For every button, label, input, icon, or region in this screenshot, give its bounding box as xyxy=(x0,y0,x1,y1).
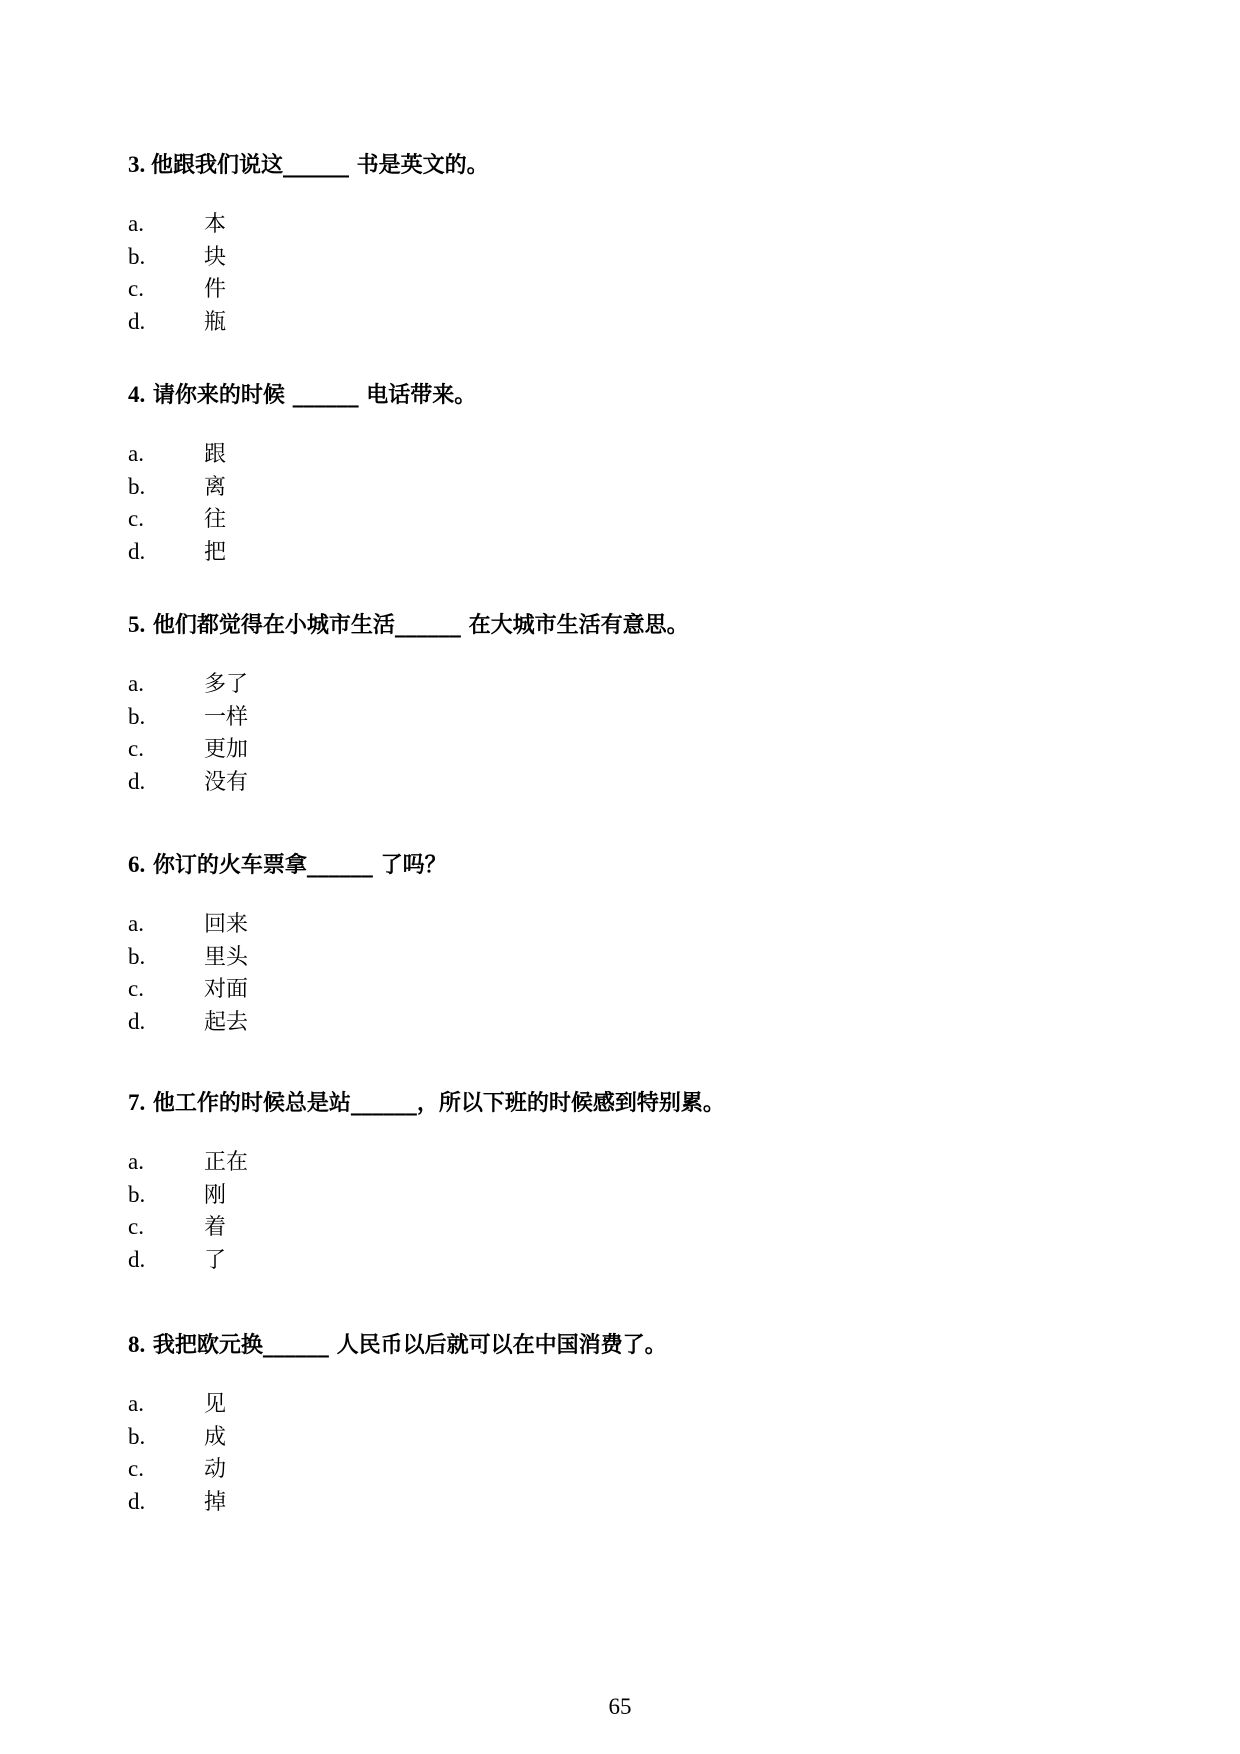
option-label: c. xyxy=(128,733,204,765)
option-label: b. xyxy=(128,701,204,733)
option-b: b.成 xyxy=(128,1421,667,1454)
option-list: a.见 b.成 c.动 d.掉 xyxy=(128,1388,667,1518)
option-d: d.瓶 xyxy=(128,306,489,339)
option-c: c.件 xyxy=(128,273,489,306)
option-label: b. xyxy=(128,471,204,503)
option-b: b.块 xyxy=(128,241,489,274)
option-text: 离 xyxy=(204,472,226,504)
question-text: 你订的火车票拿______ 了吗？ xyxy=(145,853,446,878)
question-text: 他工作的时候总是站______，所以下班的时候感到特别累。 xyxy=(145,1091,725,1116)
option-label: a. xyxy=(128,1146,204,1178)
option-a: a.见 xyxy=(128,1388,667,1421)
option-d: d.了 xyxy=(128,1244,725,1277)
option-list: a.多了 b.一样 c.更加 d.没有 xyxy=(128,668,689,798)
option-label: b. xyxy=(128,1179,204,1211)
question-4: 4. 请你来的时候 ______ 电话带来。 a. 跟 b.离 c.往 d.把 xyxy=(128,381,476,584)
question-prompt: 7. 他工作的时候总是站______，所以下班的时候感到特别累。 xyxy=(128,1089,725,1118)
option-label: d. xyxy=(128,1006,204,1038)
option-label: c. xyxy=(128,1211,204,1243)
question-prompt: 3. 他跟我们说这______ 书是英文的。 xyxy=(128,151,489,180)
option-label: c. xyxy=(128,1453,204,1485)
option-c: c.动 xyxy=(128,1453,667,1486)
option-text: 起去 xyxy=(204,1007,248,1039)
option-list: a. 跟 b.离 c.往 d.把 xyxy=(128,438,476,568)
option-text: 没有 xyxy=(204,767,248,799)
option-text: 对面 xyxy=(204,974,248,1006)
question-number: 4. xyxy=(128,382,145,407)
option-text: 刚 xyxy=(204,1180,226,1212)
option-label: d. xyxy=(128,766,204,798)
option-text: 着 xyxy=(204,1212,226,1244)
option-d: d.起去 xyxy=(128,1006,447,1039)
option-label: d. xyxy=(128,1244,204,1276)
option-label: c. xyxy=(128,273,204,305)
question-text: 请你来的时候 ______ 电话带来。 xyxy=(145,383,476,408)
option-label: a. xyxy=(128,908,204,940)
option-text: 了 xyxy=(204,1245,226,1277)
question-6: 6. 你订的火车票拿______ 了吗？ a.回来 b.里头 c.对面 d.起去 xyxy=(128,851,447,1054)
option-c: c.对面 xyxy=(128,973,447,1006)
option-b: b.离 xyxy=(128,471,476,504)
question-prompt: 4. 请你来的时候 ______ 电话带来。 xyxy=(128,381,476,410)
option-list: a.回来 b.里头 c.对面 d.起去 xyxy=(128,908,447,1038)
option-text: 往 xyxy=(204,504,226,536)
option-text: 成 xyxy=(204,1422,226,1454)
option-label: a. xyxy=(128,208,204,240)
option-b: b.里头 xyxy=(128,941,447,974)
option-b: b.刚 xyxy=(128,1179,725,1212)
option-a: a.本 xyxy=(128,208,489,241)
option-text: 掉 xyxy=(204,1487,226,1519)
document-page: 3. 他跟我们说这______ 书是英文的。 a.本 b.块 c.件 d.瓶 4… xyxy=(0,0,1240,1754)
option-c: c.更加 xyxy=(128,733,689,766)
option-b: b.一样 xyxy=(128,701,689,734)
option-a: a.正在 xyxy=(128,1146,725,1179)
option-text: 块 xyxy=(204,242,226,274)
question-7: 7. 他工作的时候总是站______，所以下班的时候感到特别累。 a.正在 b.… xyxy=(128,1089,725,1292)
question-prompt: 8. 我把欧元换______ 人民币以后就可以在中国消费了。 xyxy=(128,1331,667,1360)
option-label: b. xyxy=(128,1421,204,1453)
option-text: 把 xyxy=(204,537,226,569)
option-label: c. xyxy=(128,973,204,1005)
option-text: 见 xyxy=(204,1389,226,1421)
option-label: d. xyxy=(128,306,204,338)
option-c: c.着 xyxy=(128,1211,725,1244)
option-d: d.把 xyxy=(128,536,476,569)
option-label: a. xyxy=(128,438,204,470)
option-text: 本 xyxy=(204,209,226,241)
question-prompt: 6. 你订的火车票拿______ 了吗？ xyxy=(128,851,447,880)
question-text: 他们都觉得在小城市生活______ 在大城市生活有意思。 xyxy=(145,613,688,638)
question-number: 6. xyxy=(128,852,145,877)
option-d: d.掉 xyxy=(128,1486,667,1519)
question-3: 3. 他跟我们说这______ 书是英文的。 a.本 b.块 c.件 d.瓶 xyxy=(128,151,489,354)
option-text: 动 xyxy=(204,1454,226,1486)
option-label: d. xyxy=(128,1486,204,1518)
option-d: d.没有 xyxy=(128,766,689,799)
question-number: 8. xyxy=(128,1332,145,1357)
question-5: 5. 他们都觉得在小城市生活______ 在大城市生活有意思。 a.多了 b.一… xyxy=(128,611,689,814)
option-label: b. xyxy=(128,941,204,973)
question-text: 我把欧元换______ 人民币以后就可以在中国消费了。 xyxy=(145,1333,666,1358)
option-text: 里头 xyxy=(204,942,248,974)
option-a: a.多了 xyxy=(128,668,689,701)
option-text: 正在 xyxy=(204,1147,248,1179)
option-label: a. xyxy=(128,668,204,700)
option-label: b. xyxy=(128,241,204,273)
option-text: 更加 xyxy=(204,734,248,766)
option-label: a. xyxy=(128,1388,204,1420)
option-text: 瓶 xyxy=(204,307,226,339)
question-number: 5. xyxy=(128,612,145,637)
option-text: 跟 xyxy=(204,439,226,471)
option-label: d. xyxy=(128,536,204,568)
option-text: 一样 xyxy=(204,702,248,734)
question-number: 7. xyxy=(128,1090,145,1115)
option-text: 多了 xyxy=(204,669,248,701)
option-a: a.回来 xyxy=(128,908,447,941)
question-number: 3. xyxy=(128,152,145,177)
option-list: a.正在 b.刚 c.着 d.了 xyxy=(128,1146,725,1276)
question-text: 他跟我们说这______ 书是英文的。 xyxy=(151,153,489,178)
option-a: a. 跟 xyxy=(128,438,476,471)
option-list: a.本 b.块 c.件 d.瓶 xyxy=(128,208,489,338)
option-text: 回来 xyxy=(204,909,248,941)
option-label: c. xyxy=(128,503,204,535)
question-prompt: 5. 他们都觉得在小城市生活______ 在大城市生活有意思。 xyxy=(128,611,689,640)
question-8: 8. 我把欧元换______ 人民币以后就可以在中国消费了。 a.见 b.成 c… xyxy=(128,1331,667,1534)
option-text: 件 xyxy=(204,274,226,306)
option-c: c.往 xyxy=(128,503,476,536)
page-number: 65 xyxy=(0,1694,1240,1720)
